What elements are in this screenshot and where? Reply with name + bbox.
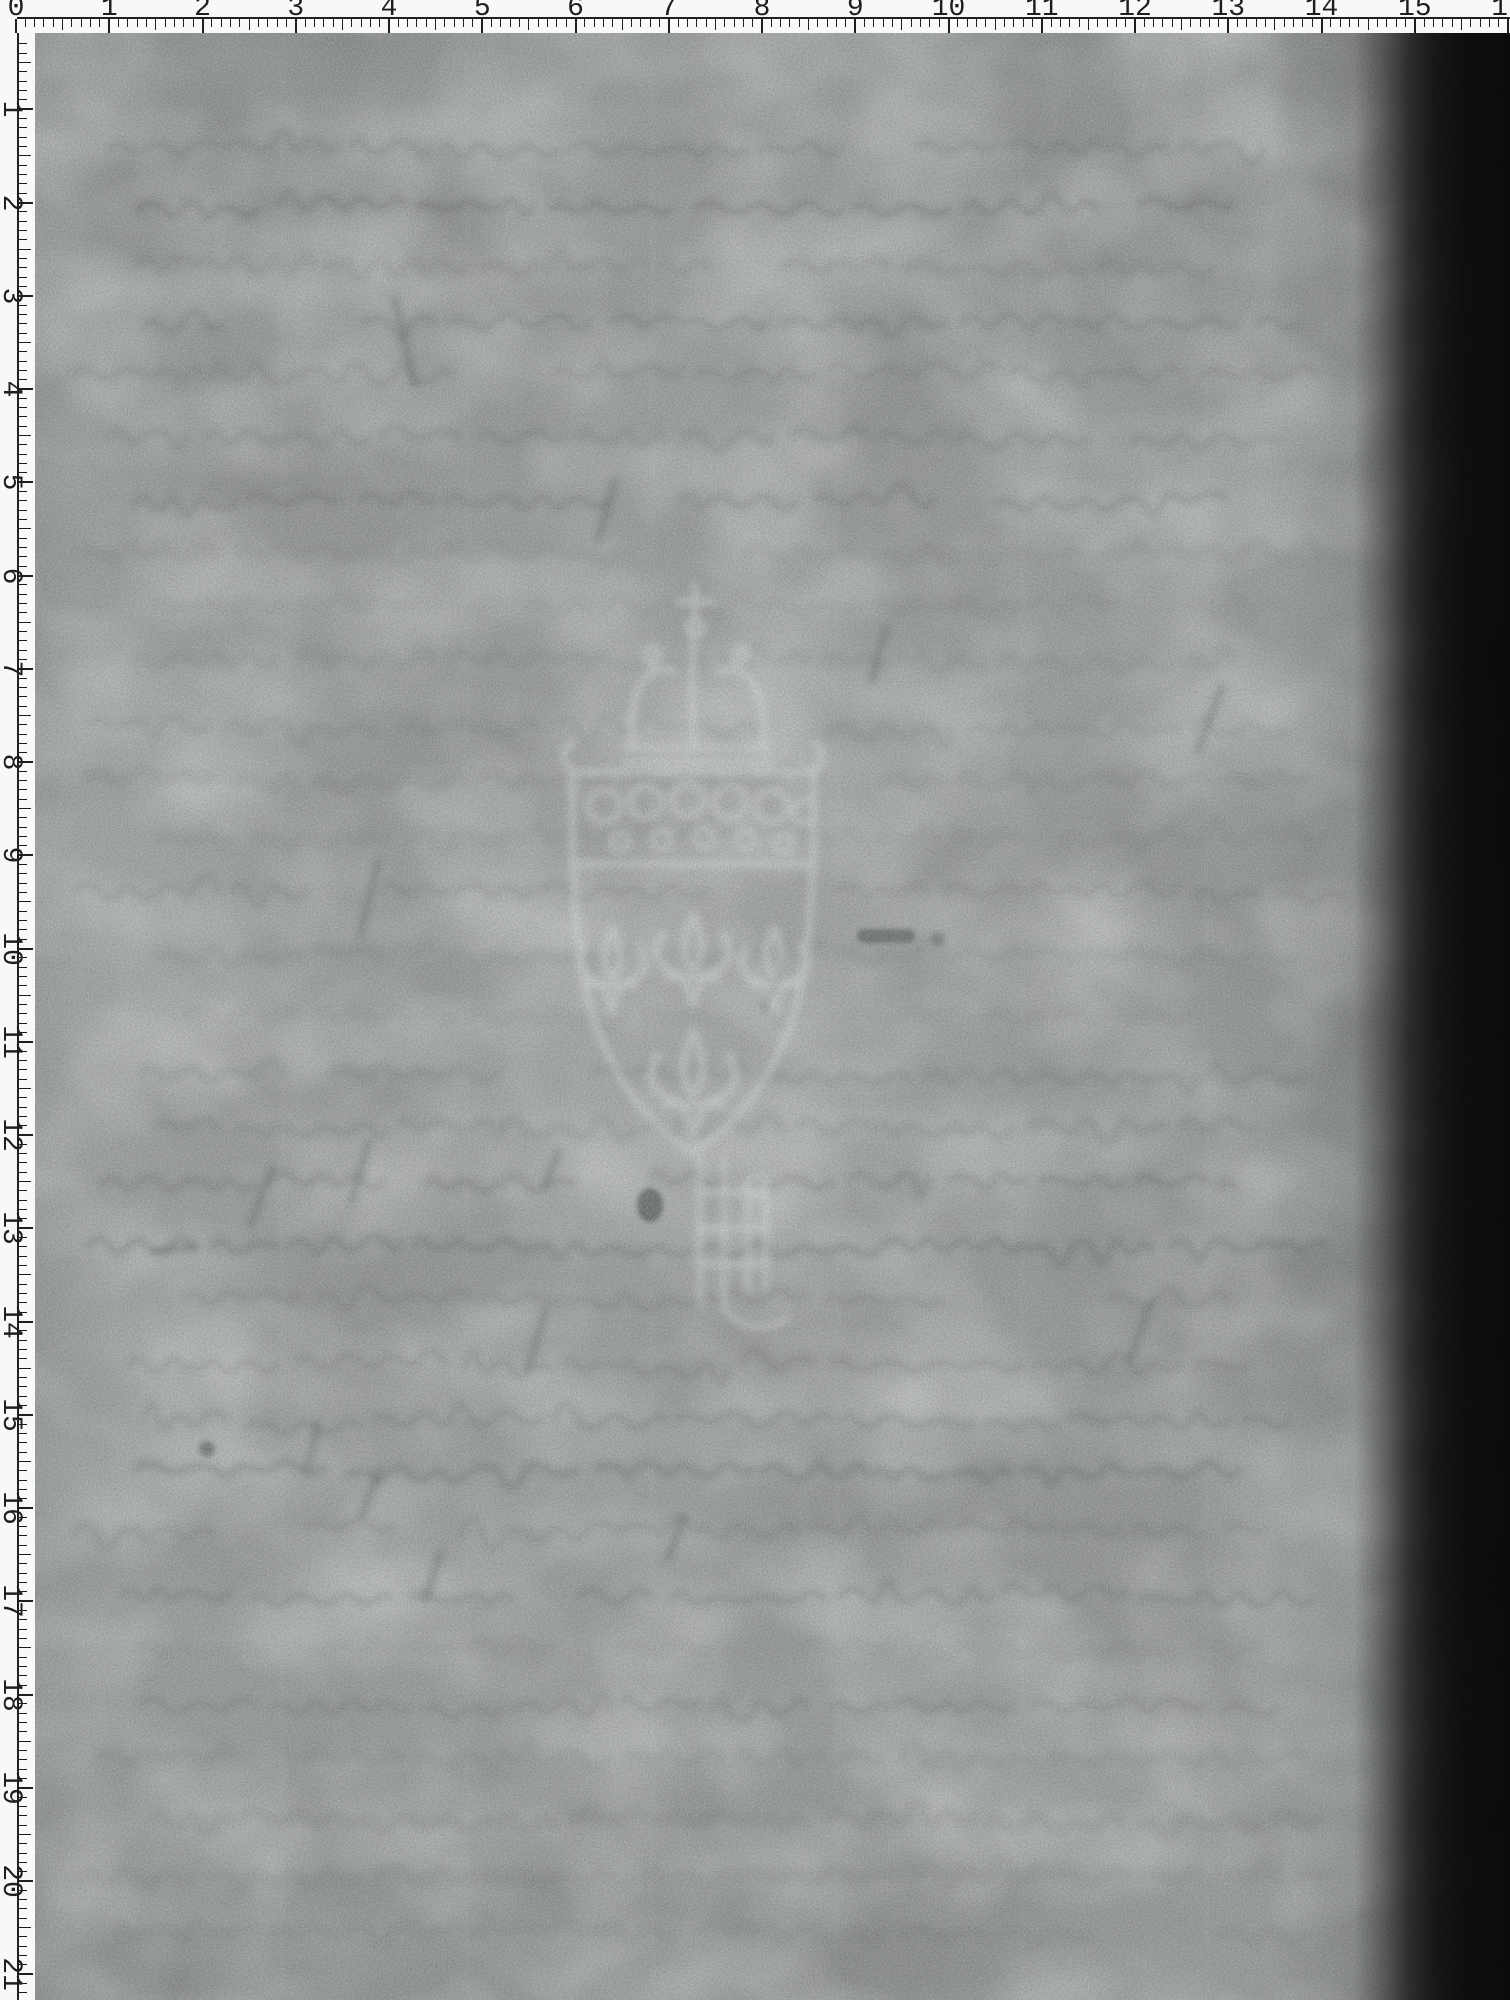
ruler-number: 17 (0, 1584, 22, 1618)
ruler-tick (19, 1619, 27, 1620)
ruler-tick (547, 19, 548, 27)
ruler-tick (19, 1386, 27, 1387)
ruler-tick (19, 1097, 27, 1098)
ruler-tick (19, 1936, 27, 1937)
ruler-number: 10 (0, 932, 22, 966)
ruler-tick (1386, 19, 1387, 27)
ruler-number: 11 (1025, 0, 1059, 21)
ruler-tick (19, 1358, 27, 1359)
ruler-tick (19, 547, 27, 548)
ruler-tick (19, 1666, 27, 1667)
ruler-tick (221, 19, 222, 27)
ruler-tick (771, 19, 772, 27)
ruler-tick (19, 118, 27, 119)
ruler-number: 1 (0, 101, 22, 118)
ruler-tick (19, 1107, 27, 1108)
ruler-tick (19, 1396, 27, 1397)
ruler-tick (678, 19, 679, 27)
ruler-tick (19, 407, 27, 408)
ruler-tick (19, 789, 27, 790)
ruler-number: 16 (0, 1491, 22, 1525)
ruler-tick (19, 556, 27, 557)
ruler-number: 14 (0, 1305, 22, 1339)
ruler-tick (19, 1545, 27, 1546)
ruler-tick (19, 267, 27, 268)
ruler-tick (640, 19, 641, 27)
ruler-tick (19, 1284, 27, 1285)
ruler-number: 7 (0, 660, 22, 677)
ruler-tick (361, 19, 362, 27)
ruler-tick (1162, 19, 1163, 27)
ruler-number: 20 (0, 1864, 22, 1898)
ruler-tick (19, 463, 27, 464)
ruler-tick (249, 19, 250, 30)
ruler-tick (19, 873, 27, 874)
ruler-tick (594, 19, 595, 27)
ruler-tick (19, 71, 27, 72)
ruler-tick (19, 239, 27, 240)
ruler-tick (19, 519, 27, 520)
ruler-tick (19, 715, 31, 716)
ruler-tick (510, 19, 511, 27)
ruler-tick (165, 19, 166, 27)
ruler-tick (183, 19, 184, 27)
ruler-tick (19, 967, 27, 968)
ruler-tick (43, 19, 44, 27)
ruler-tick (19, 566, 27, 567)
ruler-number: 12 (1118, 0, 1152, 21)
ruler-tick (19, 976, 27, 977)
ruler-tick (808, 19, 809, 30)
ruler-number: 19 (0, 1771, 22, 1805)
ruler-tick (25, 19, 26, 27)
ruler-tick (696, 19, 697, 27)
ruler-tick (19, 650, 27, 651)
ruler-tick (19, 1657, 27, 1658)
ruler-tick (19, 640, 27, 641)
ruler-tick (519, 19, 520, 27)
ruler-tick (19, 1190, 27, 1191)
ruler-tick (1190, 19, 1191, 27)
ruler-tick (19, 864, 27, 865)
ruler-tick (19, 1200, 27, 1201)
ruler-tick (1452, 19, 1453, 27)
ruler-tick (19, 1340, 27, 1341)
ruler-tick (19, 995, 31, 996)
ruler-tick (19, 724, 27, 725)
ruler-number: 3 (0, 287, 22, 304)
ruler-tick (19, 836, 27, 837)
ruler-tick (19, 808, 31, 809)
ruler-tick (19, 1526, 27, 1527)
ruler-tick (734, 19, 735, 27)
ruler-tick (19, 53, 27, 54)
ruler-tick (1181, 19, 1182, 30)
ruler-tick (416, 19, 417, 27)
ruler-tick (19, 1647, 31, 1648)
ruler-tick (1274, 19, 1275, 30)
ruler-tick (1153, 19, 1154, 27)
ruler-tick (19, 1079, 27, 1080)
ruler-tick (19, 1535, 27, 1536)
ruler-tick (622, 19, 623, 30)
ruler-number: 21 (0, 1957, 22, 1991)
ruler-tick (19, 901, 31, 902)
ruler-tick (239, 19, 240, 27)
ruler-tick (19, 1023, 27, 1024)
ruler-tick (1442, 19, 1443, 27)
ruler-tick (789, 19, 790, 27)
ruler-tick (19, 323, 27, 324)
ruler-tick (323, 19, 324, 27)
ruler-tick (500, 19, 501, 27)
ruler-tick (19, 1862, 27, 1863)
ruler-number: 5 (0, 474, 22, 491)
ruler-tick (19, 174, 27, 175)
ruler-tick (1116, 19, 1117, 27)
ruler-tick (19, 678, 27, 679)
ruler-tick (612, 19, 613, 27)
ruler-number: 7 (660, 0, 677, 21)
ruler-tick (929, 19, 930, 27)
ruler-tick (258, 19, 259, 27)
ruler-tick (19, 211, 27, 212)
ruler-tick (19, 612, 27, 613)
ruler-tick (53, 19, 54, 27)
ruler-tick (19, 1293, 27, 1294)
ruler-tick (118, 19, 119, 27)
ruler-tick (342, 19, 343, 30)
ruler-tick (1340, 19, 1341, 27)
ruler-tick (19, 780, 27, 781)
ruler-tick (1368, 19, 1369, 30)
ruler-tick (528, 19, 529, 30)
ruler-tick (817, 19, 818, 27)
ruler-tick (19, 1759, 27, 1760)
ruler-tick (19, 883, 27, 884)
ruler-tick (1079, 19, 1080, 27)
ruler-tick (19, 1480, 27, 1481)
ruler-tick (19, 1675, 27, 1676)
ruler-tick (19, 1013, 27, 1014)
ruler-tick (19, 1162, 27, 1163)
ruler-tick (1396, 19, 1397, 27)
ruler-tick (19, 1274, 31, 1275)
ruler-tick (1209, 19, 1210, 27)
ruler-tick (463, 19, 464, 27)
ruler-tick (19, 398, 27, 399)
ruler-tick (426, 19, 427, 27)
ruler-number: 6 (0, 567, 22, 584)
ruler-tick (19, 1582, 27, 1583)
ruler-tick (230, 19, 231, 27)
ruler-tick (19, 1470, 27, 1471)
ruler-tick (1284, 19, 1285, 27)
ruler-tick (1461, 19, 1462, 30)
ruler-tick (19, 1302, 27, 1303)
ruler-tick (19, 146, 27, 147)
ruler-number: 13 (1211, 0, 1245, 21)
ruler-tick (19, 230, 27, 231)
ruler-tick (19, 1060, 27, 1061)
ruler-tick (19, 1638, 27, 1639)
ruler-tick (19, 1116, 27, 1117)
ruler-vertical: 123456789101112131415161718192021 (0, 0, 35, 2000)
ruler-tick (19, 892, 27, 893)
ruler-tick (19, 454, 27, 455)
ruler-tick (19, 500, 27, 501)
ruler-tick (454, 19, 455, 27)
ruler-tick (1256, 19, 1257, 27)
ruler-tick (19, 631, 27, 632)
ruler-number: 5 (474, 0, 491, 21)
ruler-tick (687, 19, 688, 27)
ruler-tick (19, 444, 27, 445)
ruler-tick (1060, 19, 1061, 27)
ruler-tick (1200, 19, 1201, 27)
ruler-tick (305, 19, 306, 27)
ruler-number: 13 (0, 1211, 22, 1245)
ruler-tick (1013, 19, 1014, 27)
ruler-tick (19, 743, 27, 744)
ruler-tick (491, 19, 492, 27)
ruler-tick (19, 1741, 31, 1742)
ruler-tick (435, 19, 436, 30)
ruler-tick (873, 19, 874, 27)
ruler-tick (277, 19, 278, 27)
ruler-tick (864, 19, 865, 27)
ruler-number: 10 (932, 0, 966, 21)
ruler-number: 15 (1398, 0, 1432, 21)
ruler-tick (19, 622, 31, 623)
ruler-tick (985, 19, 986, 27)
ruler-tick (444, 19, 445, 27)
ruler-tick (19, 911, 27, 912)
ruler-tick (1172, 19, 1173, 27)
ruler-tick (19, 342, 31, 343)
ruler-tick (19, 706, 27, 707)
ruler-tick (19, 1368, 31, 1369)
ruler-tick (19, 1069, 27, 1070)
ruler-tick (19, 1843, 27, 1844)
ruler-tick (901, 19, 902, 30)
ruler-tick (19, 1955, 27, 1956)
ruler-tick (19, 603, 27, 604)
ruler-tick (174, 19, 175, 27)
ruler-tick (1302, 19, 1303, 27)
ruler-tick (211, 19, 212, 27)
ruler-tick (19, 183, 27, 184)
ruler-number: 2 (194, 0, 211, 21)
ruler-tick (19, 193, 27, 194)
ruler-number: 1 (101, 0, 118, 21)
ruler-tick (19, 1750, 27, 1751)
ruler-tick (1004, 19, 1005, 27)
ruler-tick (911, 19, 912, 27)
ruler-tick (967, 19, 968, 27)
ruler-number: 2 (0, 194, 22, 211)
ruler-tick (650, 19, 651, 27)
ruler-tick (333, 19, 334, 27)
ruler-tick (137, 19, 138, 27)
ruler-tick (19, 305, 27, 306)
ruler-tick (1097, 19, 1098, 27)
ruler-number: 16 (1491, 0, 1510, 21)
watermark-scan: 012345678910111213141516 123456789101112… (0, 0, 1510, 2000)
ruler-tick (146, 19, 147, 27)
ruler-number: 6 (567, 0, 584, 21)
ruler-tick (19, 1209, 27, 1210)
backlight-shadow (1270, 0, 1510, 2000)
ruler-tick (19, 1554, 31, 1555)
ruler-tick (19, 361, 27, 362)
ruler-tick (1107, 19, 1108, 27)
ruler-tick (19, 1713, 27, 1714)
ruler-tick (19, 221, 27, 222)
ruler-tick (19, 90, 27, 91)
ruler-tick (538, 19, 539, 27)
ruler-tick (976, 19, 977, 27)
ruler-tick (19, 43, 27, 44)
ruler-number: 14 (1305, 0, 1339, 21)
ruler-tick (19, 538, 27, 539)
ruler-number: 4 (0, 381, 22, 398)
ruler-tick (351, 19, 352, 27)
ruler-tick (398, 19, 399, 27)
ruler-tick (19, 165, 27, 166)
ruler-tick (706, 19, 707, 27)
ruler-tick (1433, 19, 1434, 27)
ruler-tick (1358, 19, 1359, 27)
ruler-tick (19, 1265, 27, 1266)
ruler-tick (780, 19, 781, 27)
ruler-tick (19, 351, 27, 352)
ruler-number: 12 (0, 1118, 22, 1152)
ruler-tick (995, 19, 996, 30)
ruler-tick (19, 1153, 27, 1154)
ruler-tick (19, 929, 27, 930)
ruler-number: 0 (8, 0, 25, 21)
ruler-tick (19, 1088, 31, 1089)
ruler-tick (1069, 19, 1070, 27)
ruler-tick (724, 19, 725, 27)
ruler-tick (19, 985, 27, 986)
ruler-tick (19, 435, 31, 436)
ruler-tick (19, 62, 31, 63)
ruler-tick (34, 19, 35, 27)
ruler-tick (19, 1946, 27, 1947)
ruler-tick (267, 19, 268, 27)
ruler-tick (19, 1461, 31, 1462)
ruler-tick (19, 333, 27, 334)
ruler-tick (19, 1573, 27, 1574)
ruler-tick (19, 416, 27, 417)
ruler-tick (19, 1899, 27, 1900)
ruler-tick (892, 19, 893, 27)
ruler-number: 9 (847, 0, 864, 21)
ruler-tick (19, 528, 31, 529)
ruler-tick (19, 1629, 27, 1630)
ruler-tick (19, 1563, 27, 1564)
ruler-tick (19, 1433, 27, 1434)
ruler-tick (19, 584, 27, 585)
ruler-tick (90, 19, 91, 27)
ruler-tick (314, 19, 315, 27)
ruler-tick (799, 19, 800, 27)
ruler-tick (19, 1908, 27, 1909)
ruler-tick (584, 19, 585, 27)
ruler-tick (62, 19, 63, 30)
ruler-tick (19, 1769, 27, 1770)
ruler-tick (19, 491, 27, 492)
ruler-tick (19, 1834, 31, 1835)
ruler-tick (19, 1992, 27, 1993)
ruler-tick (19, 1172, 27, 1173)
ruler-tick (19, 817, 27, 818)
ruler-tick (1265, 19, 1266, 27)
ruler-number: 3 (287, 0, 304, 21)
ruler-tick (1489, 19, 1490, 27)
ruler-tick (1246, 19, 1247, 27)
ruler-tick (19, 1004, 27, 1005)
ruler-tick (19, 799, 27, 800)
ruler-tick (715, 19, 716, 30)
ruler-tick (19, 1815, 27, 1816)
ruler-tick (19, 314, 27, 315)
ruler-tick (19, 920, 27, 921)
ruler-tick (19, 277, 27, 278)
ruler-tick (19, 249, 31, 250)
ruler-tick (1349, 19, 1350, 27)
ruler-tick (19, 510, 27, 511)
ruler-tick (19, 1442, 27, 1443)
ruler-tick (19, 1853, 27, 1854)
ruler-tick (71, 19, 72, 27)
ruler-tick (19, 1806, 27, 1807)
ruler-tick (19, 827, 27, 828)
ruler-number: 8 (0, 754, 22, 771)
ruler-tick (19, 258, 27, 259)
ruler-tick (19, 1731, 27, 1732)
ruler-tick (19, 734, 27, 735)
ruler-number: 18 (0, 1678, 22, 1712)
ruler-tick (19, 687, 27, 688)
ruler-tick (19, 1927, 31, 1928)
ruler-tick (920, 19, 921, 27)
ruler-tick (19, 1825, 27, 1826)
ruler-tick (19, 1349, 27, 1350)
ruler-number: 15 (0, 1398, 22, 1432)
ruler-tick (19, 426, 27, 427)
ruler-tick (1377, 19, 1378, 27)
ruler-tick (1088, 19, 1089, 30)
ruler-tick (370, 19, 371, 27)
ruler-tick (836, 19, 837, 27)
ruler-tick (631, 19, 632, 27)
ruler-tick (19, 594, 27, 595)
ruler-tick (19, 1377, 27, 1378)
ruler-tick (1480, 19, 1481, 27)
ruler-tick (19, 1918, 27, 1919)
ruler-tick (883, 19, 884, 27)
ruler-tick (81, 19, 82, 27)
ruler-tick (19, 1489, 27, 1490)
ruler-tick (556, 19, 557, 27)
ruler-tick (827, 19, 828, 27)
ruler-tick (1023, 19, 1024, 27)
ruler-tick (155, 19, 156, 30)
ruler-tick (19, 771, 27, 772)
